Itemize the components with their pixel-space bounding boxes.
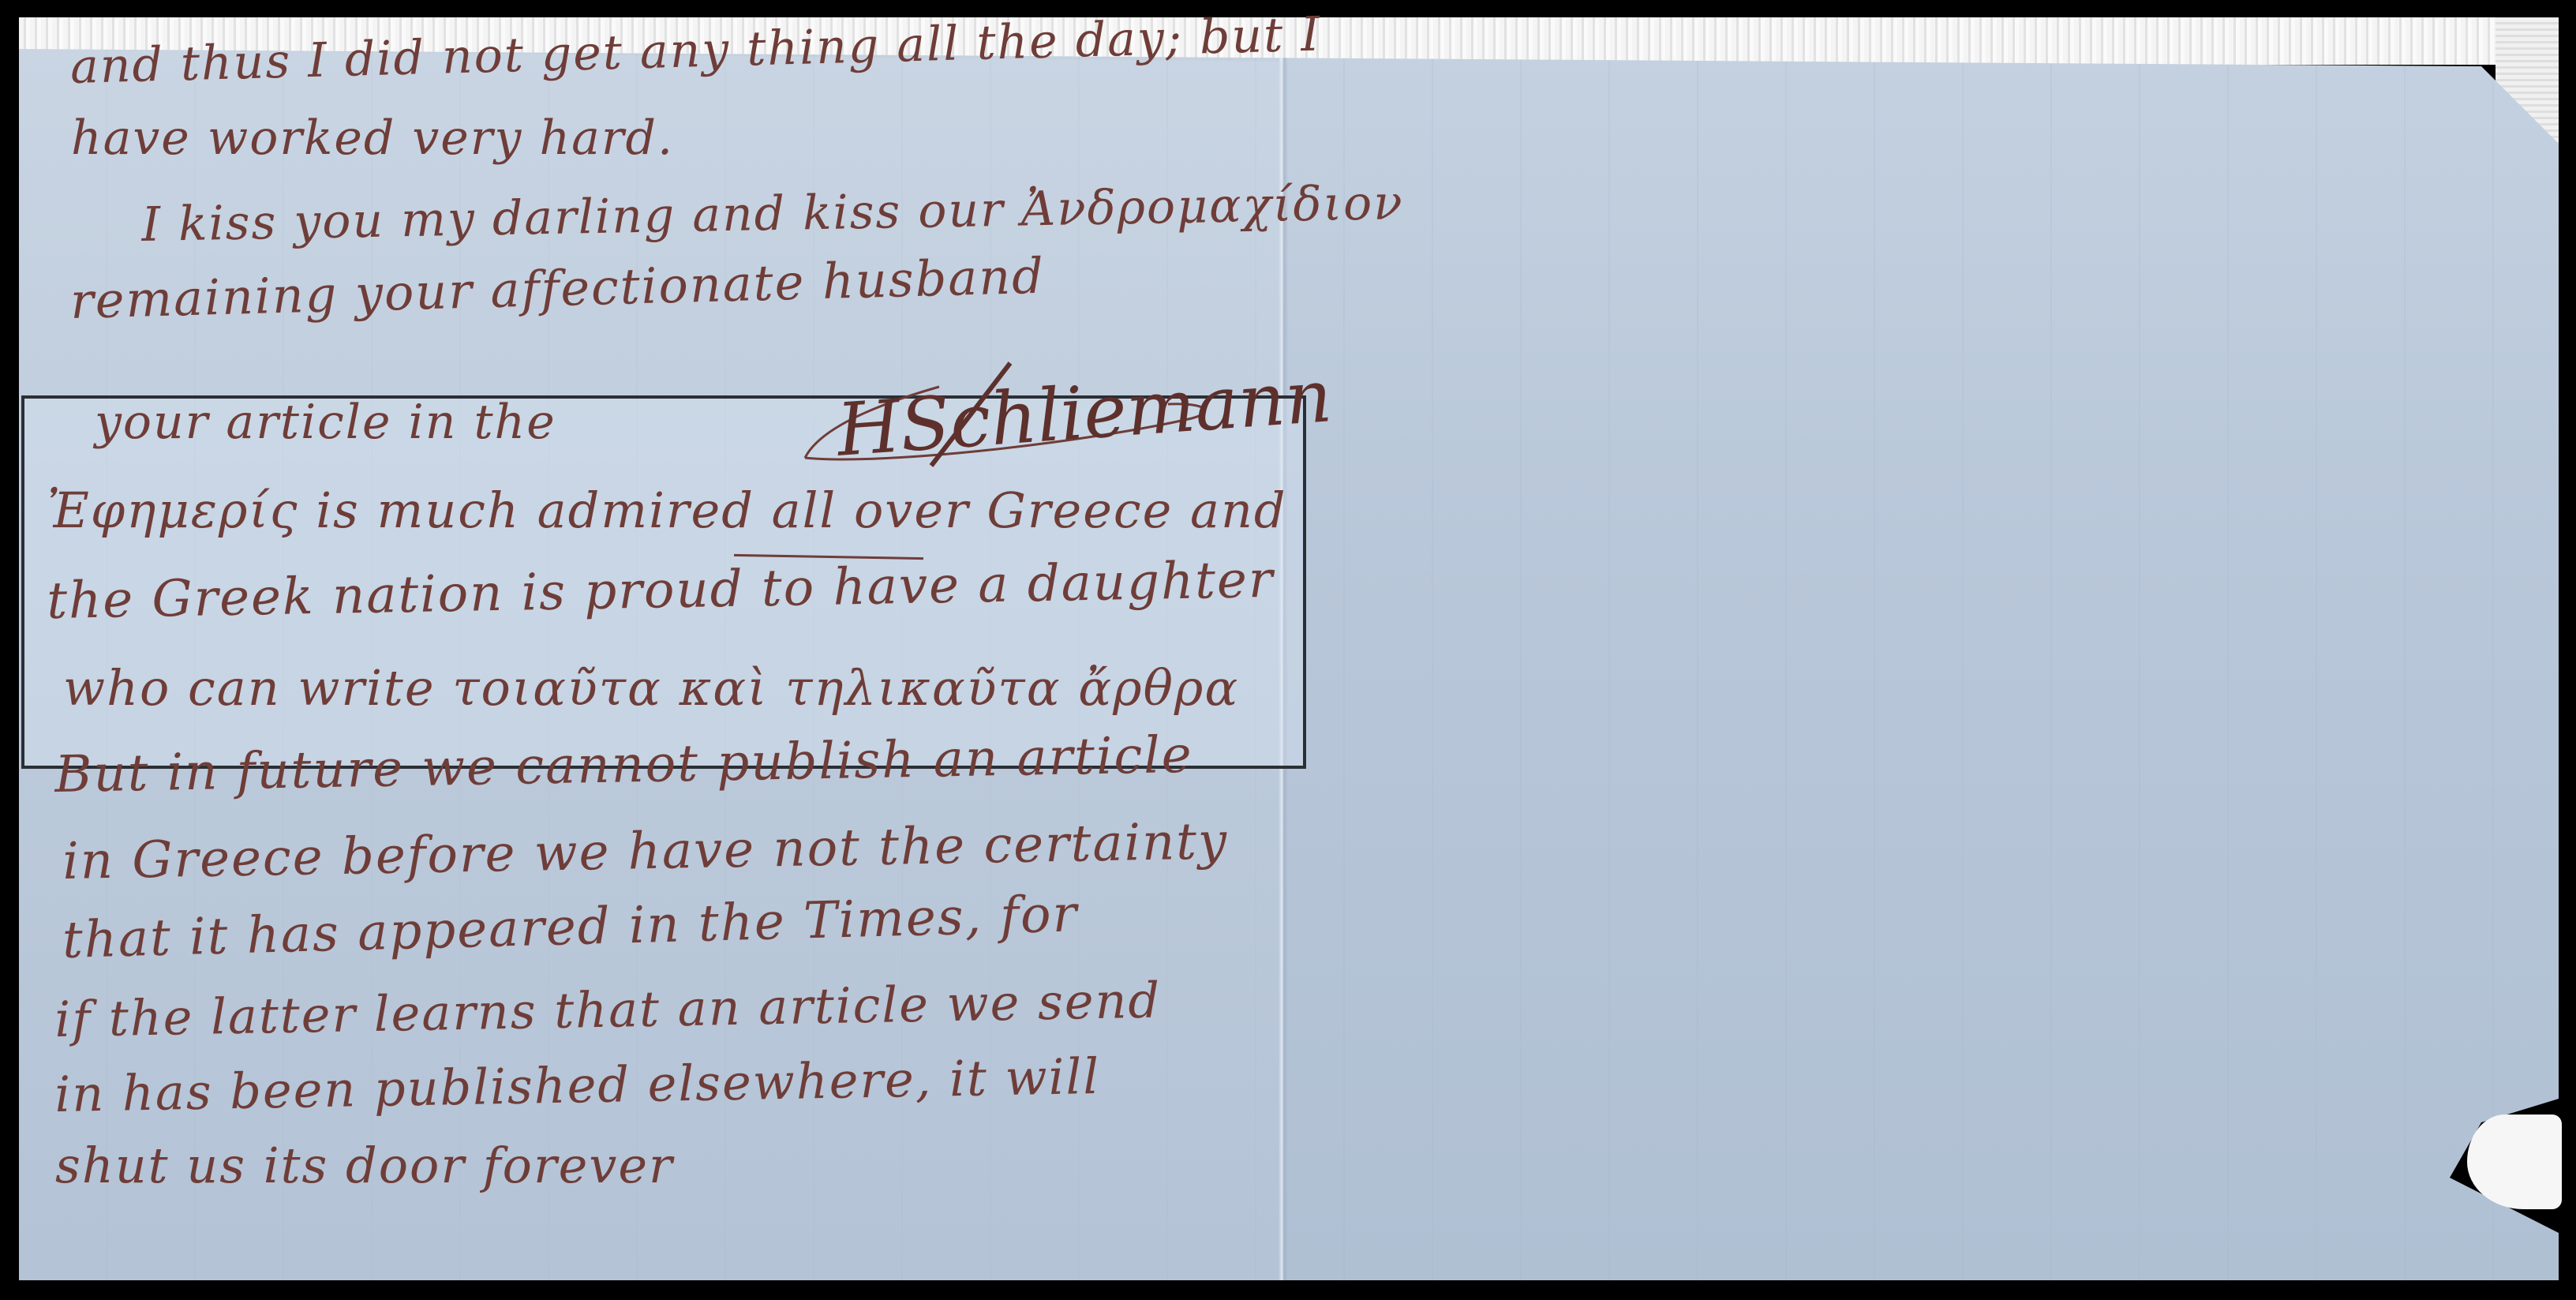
postscript-line: who can write τοιαῦτα καὶ τηλικαῦτα ἄρθρ… [63,659,1239,717]
postscript-line: Ἐφημερίς is much admired all over Greece… [47,481,1287,539]
postscript-line: shut us its door forever [55,1137,674,1194]
postscript-line: your article in the [95,395,556,450]
letter-line: have worked very hard. [71,111,674,166]
signature: HSchliemann [789,355,1231,474]
